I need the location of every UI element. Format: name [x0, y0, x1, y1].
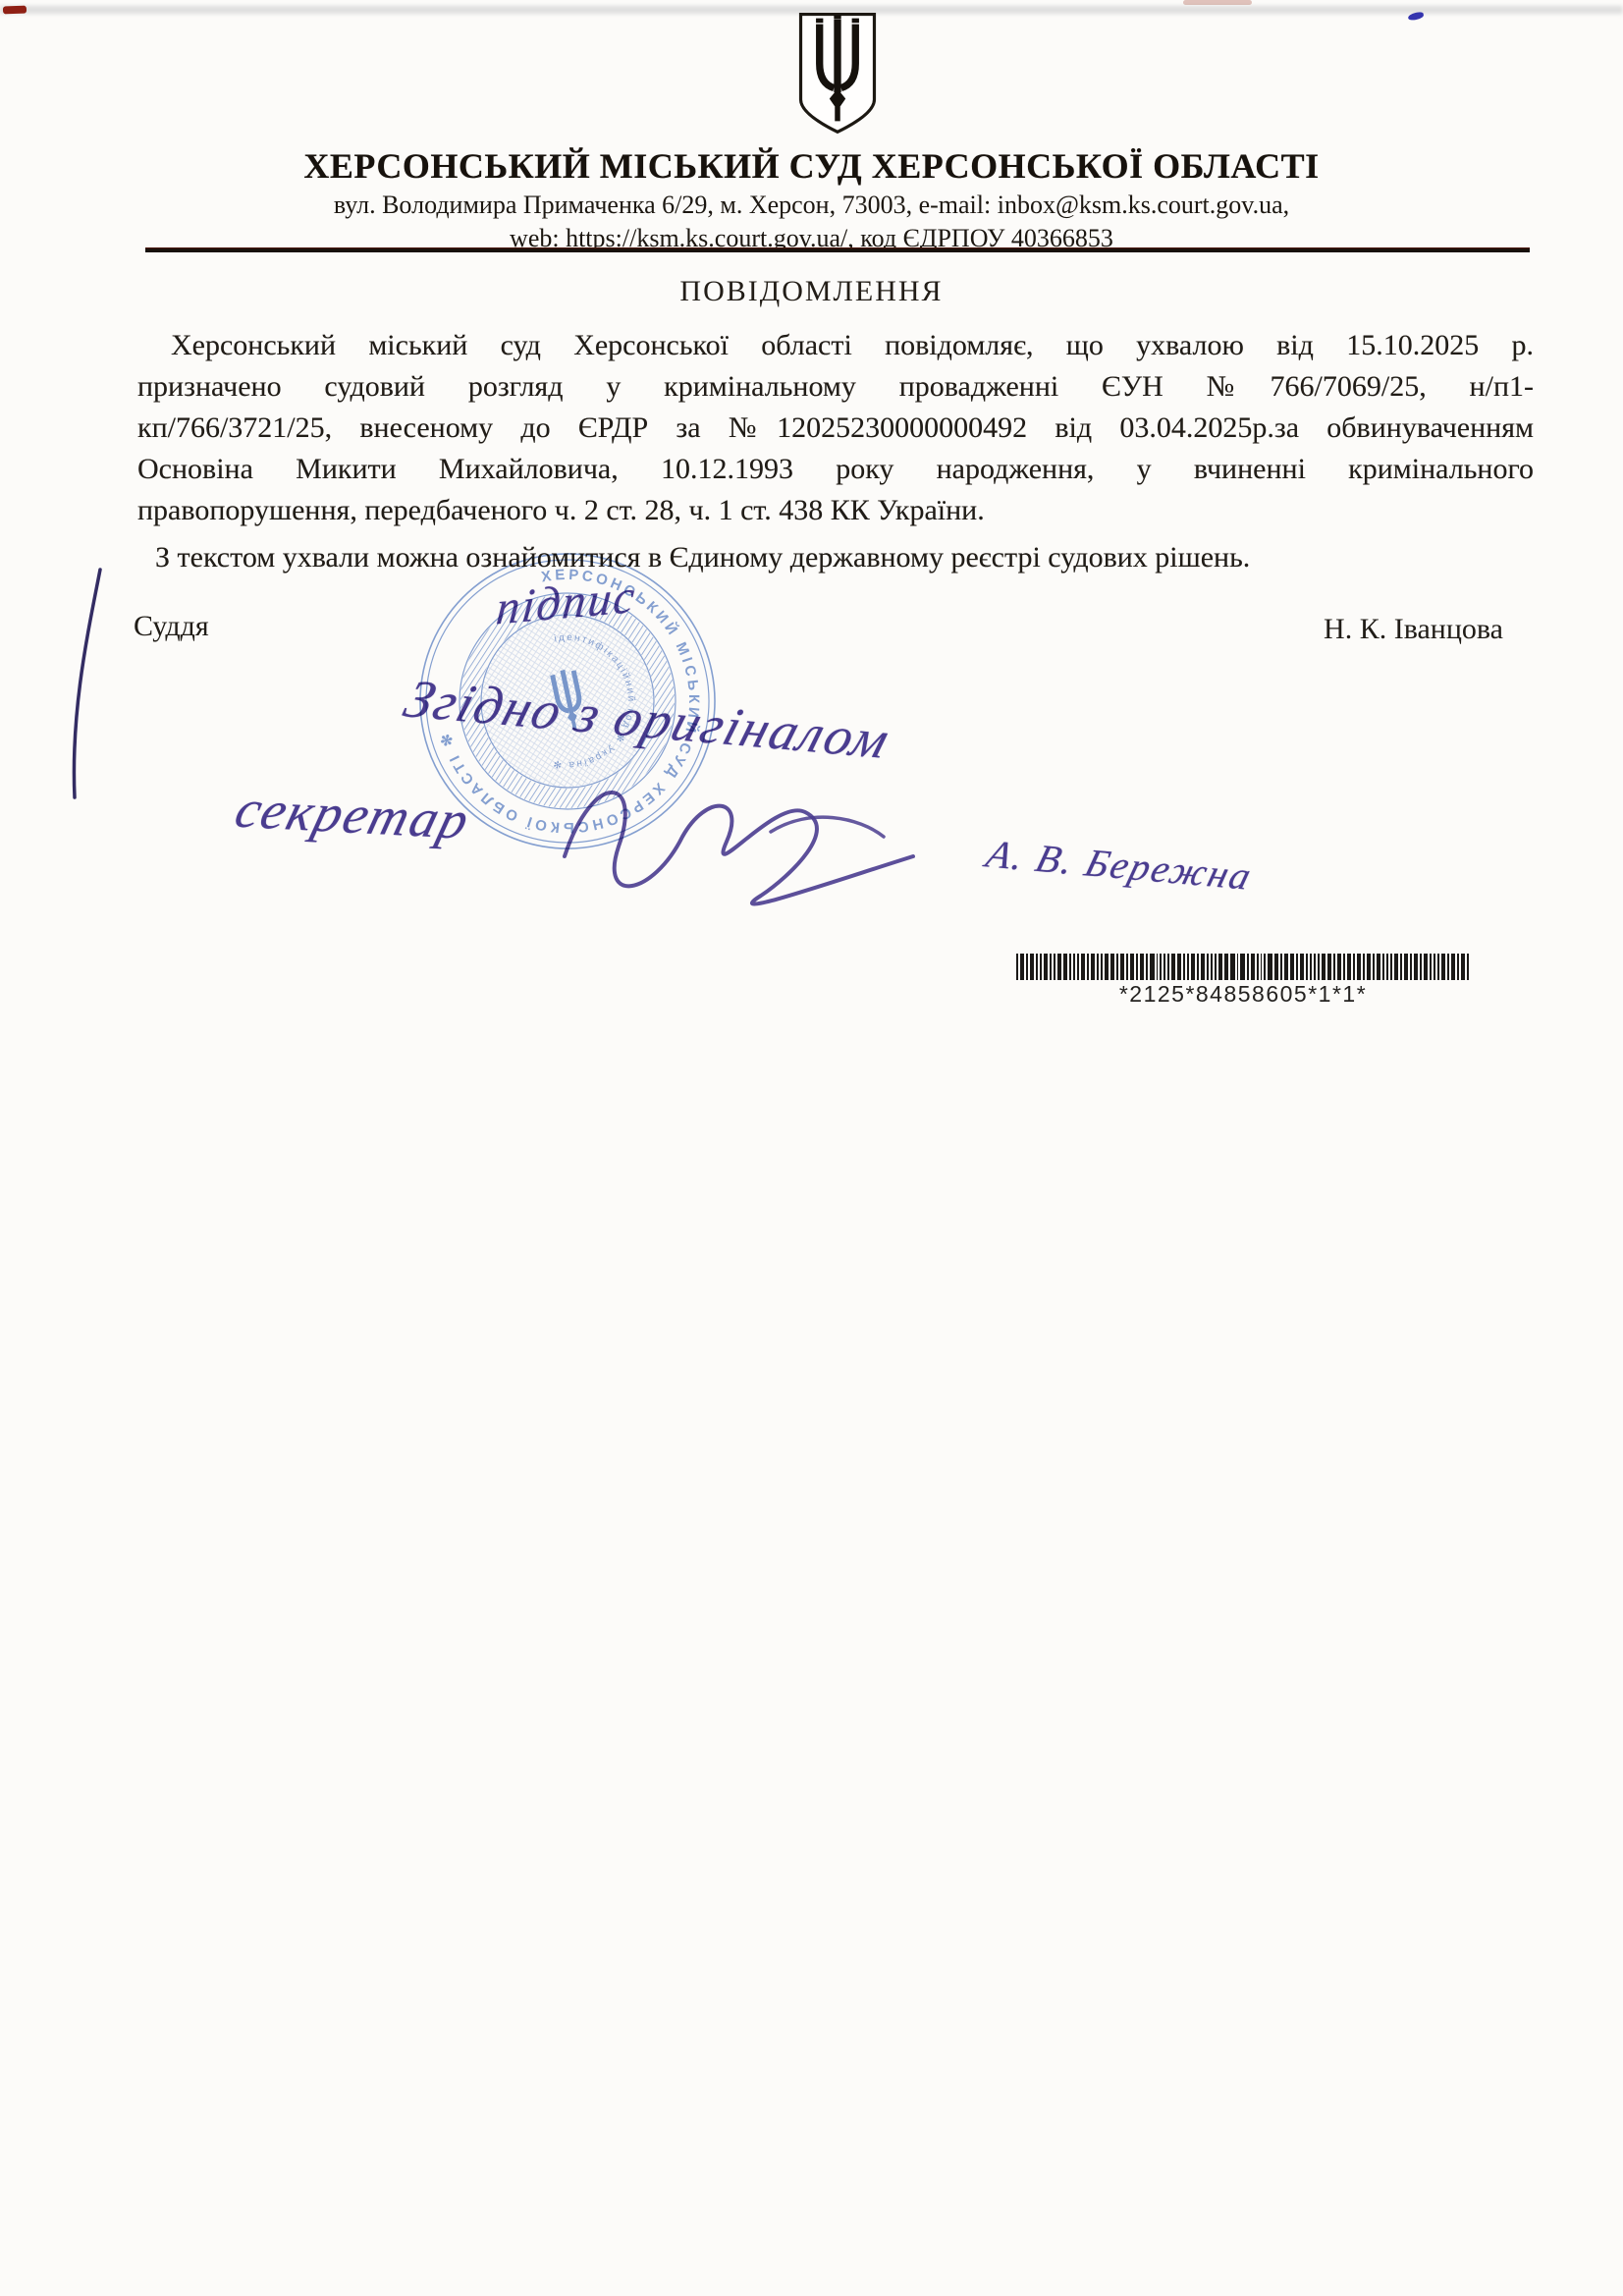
- paragraph1-line: Основіна Микити Михайловича, 10.12.1993 …: [137, 449, 1534, 490]
- judge-label: Суддя: [134, 610, 209, 643]
- judge-name: Н. К. Іванцова: [1324, 613, 1503, 646]
- pen-stroke-mark: [49, 562, 118, 807]
- document-body: Херсонський міський суд Херсонської обла…: [137, 325, 1534, 578]
- barcode-caption: *2125*84858605*1*1*: [1016, 981, 1470, 1008]
- barcode-bars: [1016, 954, 1470, 980]
- handwritten-secretary-label: секретар: [229, 778, 477, 851]
- paragraph1-line: кп/766/3721/25, внесеному до ЄРДР за №12…: [137, 408, 1534, 449]
- header-divider-rule: [145, 247, 1530, 252]
- barcode-block: *2125*84858605*1*1*: [1016, 954, 1470, 1008]
- scan-red-smudge-top: [1183, 0, 1252, 5]
- court-address-line: вул. Володимира Примаченка 6/29, м. Херс…: [0, 191, 1623, 220]
- paragraph1-line: Херсонський міський суд Херсонської обла…: [137, 325, 1534, 366]
- scan-red-mark-left: [3, 6, 27, 15]
- paragraph1-line: правопорушення, передбаченого ч. 2 ст. 2…: [137, 490, 1534, 531]
- court-name: ХЕРСОНСЬКИЙ МІСЬКИЙ СУД ХЕРСОНСЬКОЇ ОБЛА…: [0, 145, 1623, 187]
- scanned-document-page: ХЕРСОНСЬКИЙ МІСЬКИЙ СУД ХЕРСОНСЬКОЇ ОБЛА…: [0, 0, 1623, 2296]
- ukraine-trident-emblem-icon: [791, 10, 884, 136]
- paragraph1-line: призначено судовий розгляд у кримінально…: [137, 366, 1534, 408]
- handwritten-secretary-name: А. В. Бережна: [982, 831, 1258, 900]
- document-title: ПОВІДОМЛЕННЯ: [0, 275, 1623, 308]
- paragraph2: З текстом ухвали можна ознайомитися в Єд…: [137, 537, 1534, 578]
- secretary-signature-flourish: [525, 738, 957, 935]
